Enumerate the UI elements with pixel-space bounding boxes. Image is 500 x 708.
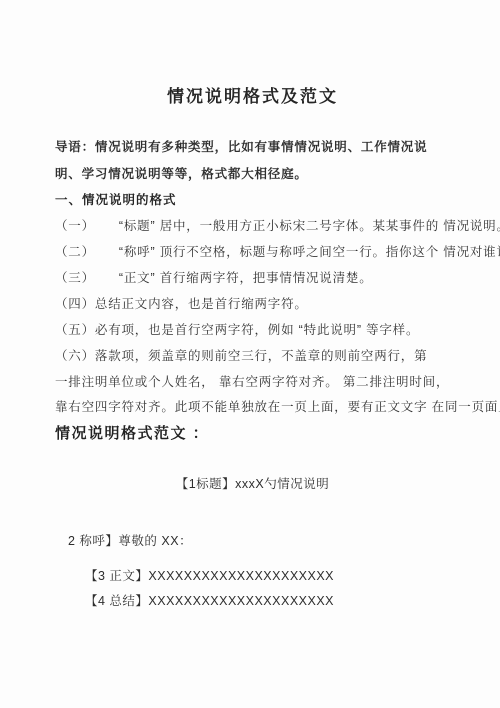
- format-rule-1: （一）“标题” 居中，一般用方正小标宋二号字体。某某事件的 情况说明。: [55, 219, 450, 234]
- continuation-line: 一排注明单位或个人姓名， 靠右空两字符对齐。 第二排注明时间，: [55, 375, 450, 390]
- rule-text: “标题” 居中，一般用方正小标宋二号字体。某某事件的 情况说明。: [119, 219, 500, 233]
- rule-text: 必有项，也是首行空两字符，例如 “特此说明” 等字样。: [95, 323, 419, 337]
- sample-summary-line: 【4 总结】XXXXXXXXXXXXXXXXXXXXX: [85, 594, 450, 609]
- document-page: 情况说明格式及范文 导语：情况说明有多种类型，比如有事情情况说明、工作情况说 明…: [0, 0, 500, 708]
- rule-number: （二）: [55, 245, 95, 260]
- format-rule-6: （六）落款项，须盖章的则前空三行，不盖章的则前空两行，第: [55, 349, 450, 364]
- sample-salutation-line: 2 称呼】尊敬的 XX：: [68, 534, 450, 549]
- format-rule-5: （五）必有项，也是首行空两字符，例如 “特此说明” 等字样。: [55, 323, 450, 338]
- section-heading: 一、情况说明的格式: [55, 193, 450, 208]
- sample-title-line: 【1标题】xxxX勺情况说明: [55, 477, 450, 492]
- sample-body-line: 【3 正文】XXXXXXXXXXXXXXXXXXXXX: [85, 569, 450, 584]
- intro-line: 导语：情况说明有多种类型，比如有事情情况说明、工作情况说: [55, 140, 450, 155]
- rule-number: （五）: [55, 323, 95, 338]
- rule-text: 总结正文内容，也是首行缩两字符。: [95, 297, 308, 311]
- document-title: 情况说明格式及范文: [55, 86, 450, 108]
- rule-number: （三）: [55, 271, 95, 286]
- format-rule-3: （三）“正文” 首行缩两字符，把事情情况说清楚。: [55, 271, 450, 286]
- format-rule-4: （四）总结正文内容，也是首行缩两字符。: [55, 297, 450, 312]
- continuation-line: 靠右空四字符对齐。此项不能单独放在一页上面，要有正文文字 在同一页面上。: [55, 400, 450, 415]
- rule-number: （一）: [55, 219, 95, 234]
- rule-text: “正文” 首行缩两字符，把事情情况说清楚。: [119, 271, 373, 285]
- format-rule-2: （二）“称呼” 顶行不空格，标题与称呼之间空一行。指你这个 情况对谁说明。: [55, 245, 450, 260]
- rule-text: 落款项，须盖章的则前空三行，不盖章的则前空两行，第: [95, 349, 428, 363]
- intro-line: 明、学习情况说明等等，格式都大相径庭。: [55, 167, 450, 182]
- rule-number: （四）: [55, 297, 95, 312]
- rule-text: “称呼” 顶行不空格，标题与称呼之间空一行。指你这个 情况对谁说明。: [119, 245, 500, 259]
- rule-number: （六）: [55, 349, 95, 364]
- sample-section-heading: 情况说明格式范文 ：: [55, 424, 450, 444]
